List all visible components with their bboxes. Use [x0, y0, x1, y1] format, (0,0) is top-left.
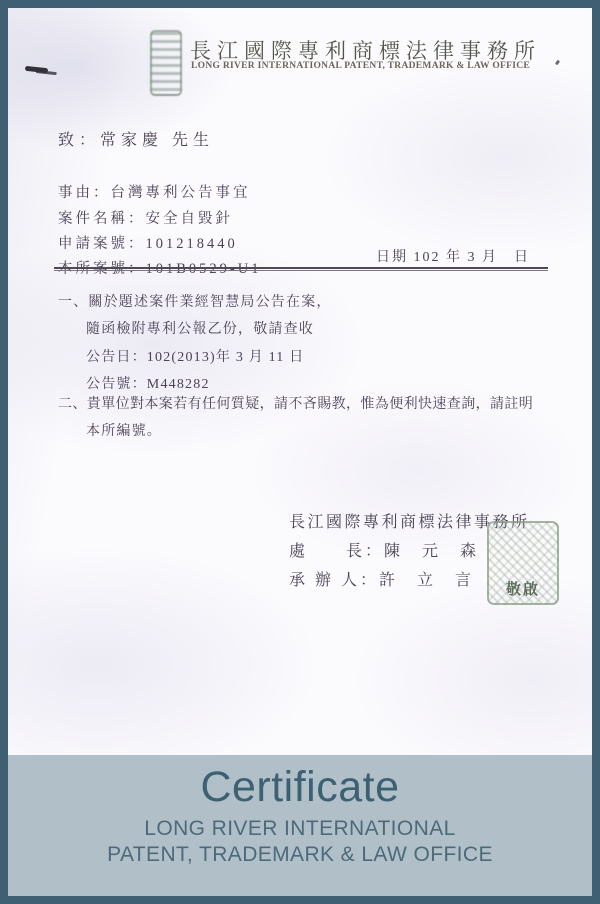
office-stamp-seal-icon: 敬啟: [487, 521, 559, 605]
office-name-english: LONG RIVER INTERNATIONAL PATENT, TRADEMA…: [191, 61, 530, 71]
publication-number-line: 公告號：M448282: [86, 373, 210, 393]
recipient-line: 致：常家慶 先生: [58, 127, 214, 150]
body-item2-line2: 本所編號。: [86, 420, 162, 440]
office-seal-logo-icon: [150, 30, 182, 96]
ink-smudge: [25, 66, 48, 73]
scanned-letter: 長江國際專利商標法律事務所 LONG RIVER INTERNATIONAL P…: [8, 8, 592, 755]
case-name-line: 案件名稱：安全自毀針: [58, 207, 233, 228]
body-item1-line2: 隨函檢附專利公報乙份，敬請查收: [86, 318, 314, 338]
body-item2-line1: 二、貴單位對本案若有任何質疑，請不吝賜教，惟為便利快速查詢，請註明: [58, 393, 533, 413]
date-line: 日期 102 年 3 月 日: [376, 246, 530, 266]
caption-subtitle: LONG RIVER INTERNATIONAL PATENT, TRADEMA…: [100, 816, 500, 869]
divider-rule: [54, 267, 548, 271]
caption-title: Certificate: [8, 755, 592, 812]
application-number-line: 申請案號：101218440: [58, 232, 238, 253]
paper-speck: [555, 60, 560, 66]
signature-director: 處 長：陳 元 森: [289, 538, 479, 561]
body-item1-line1: 一、關於題述案件業經智慧局公告在案，: [58, 291, 332, 311]
subject-line: 事由：台灣專利公告事宜: [58, 181, 251, 202]
publication-date-line: 公告日：102(2013)年 3 月 11 日: [86, 346, 304, 366]
certificate-card: 長江國際專利商標法律事務所 LONG RIVER INTERNATIONAL P…: [0, 0, 600, 904]
caption-band: Certificate LONG RIVER INTERNATIONAL PAT…: [8, 755, 592, 896]
seal-respectfully-label: 敬啟: [506, 578, 540, 603]
signature-handler: 承 辦 人：許 立 言: [289, 567, 474, 590]
